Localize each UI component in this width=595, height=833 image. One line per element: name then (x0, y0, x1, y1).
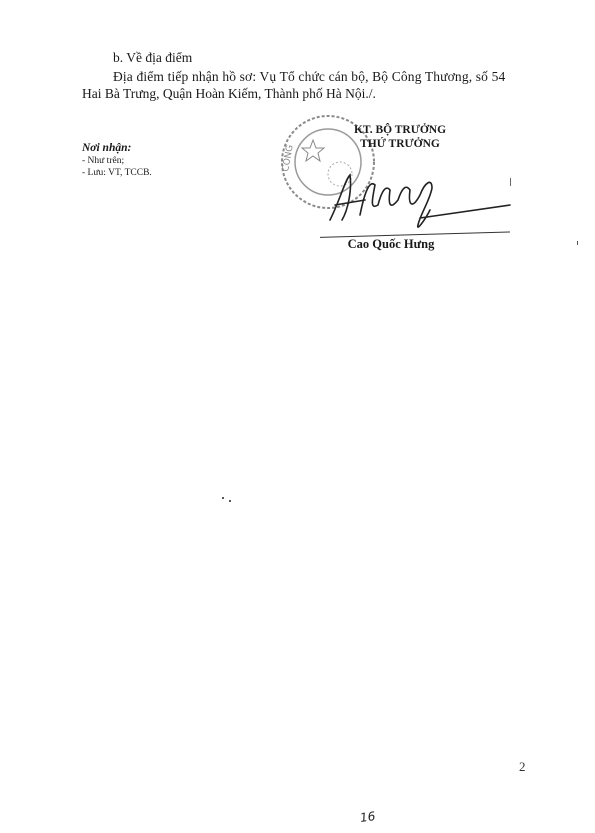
scan-speck (229, 500, 231, 502)
signer-name: Cao Quốc Hưng (316, 237, 466, 252)
paragraph-line-1: Địa điểm tiếp nhận hồ sơ: Vụ Tổ chức cán… (113, 69, 505, 85)
recipient-item: - Lưu: VT, TCCB. (82, 167, 152, 179)
signature-title-line1: KT. BỘ TRƯỞNG (300, 123, 500, 137)
scan-speck (577, 241, 578, 245)
scan-speck (222, 497, 224, 499)
handwritten-note: 16 (359, 809, 376, 825)
section-heading: b. Về địa điểm (113, 50, 192, 66)
recipients-block: Nơi nhận: - Như trên; - Lưu: VT, TCCB. (82, 141, 152, 179)
page-number: 2 (519, 759, 526, 775)
recipient-item: - Như trên; (82, 155, 152, 167)
signature-title-line2: THỨ TRƯỞNG (300, 137, 500, 151)
svg-text:CÔNG: CÔNG (279, 144, 296, 173)
handwritten-signature-icon (320, 160, 520, 240)
signature-title-block: KT. BỘ TRƯỞNG THỨ TRƯỞNG (300, 123, 500, 151)
scan-speck (510, 178, 511, 186)
recipients-title: Nơi nhận: (82, 141, 152, 155)
paragraph-line-2: Hai Bà Trưng, Quận Hoàn Kiếm, Thành phố … (82, 86, 376, 102)
